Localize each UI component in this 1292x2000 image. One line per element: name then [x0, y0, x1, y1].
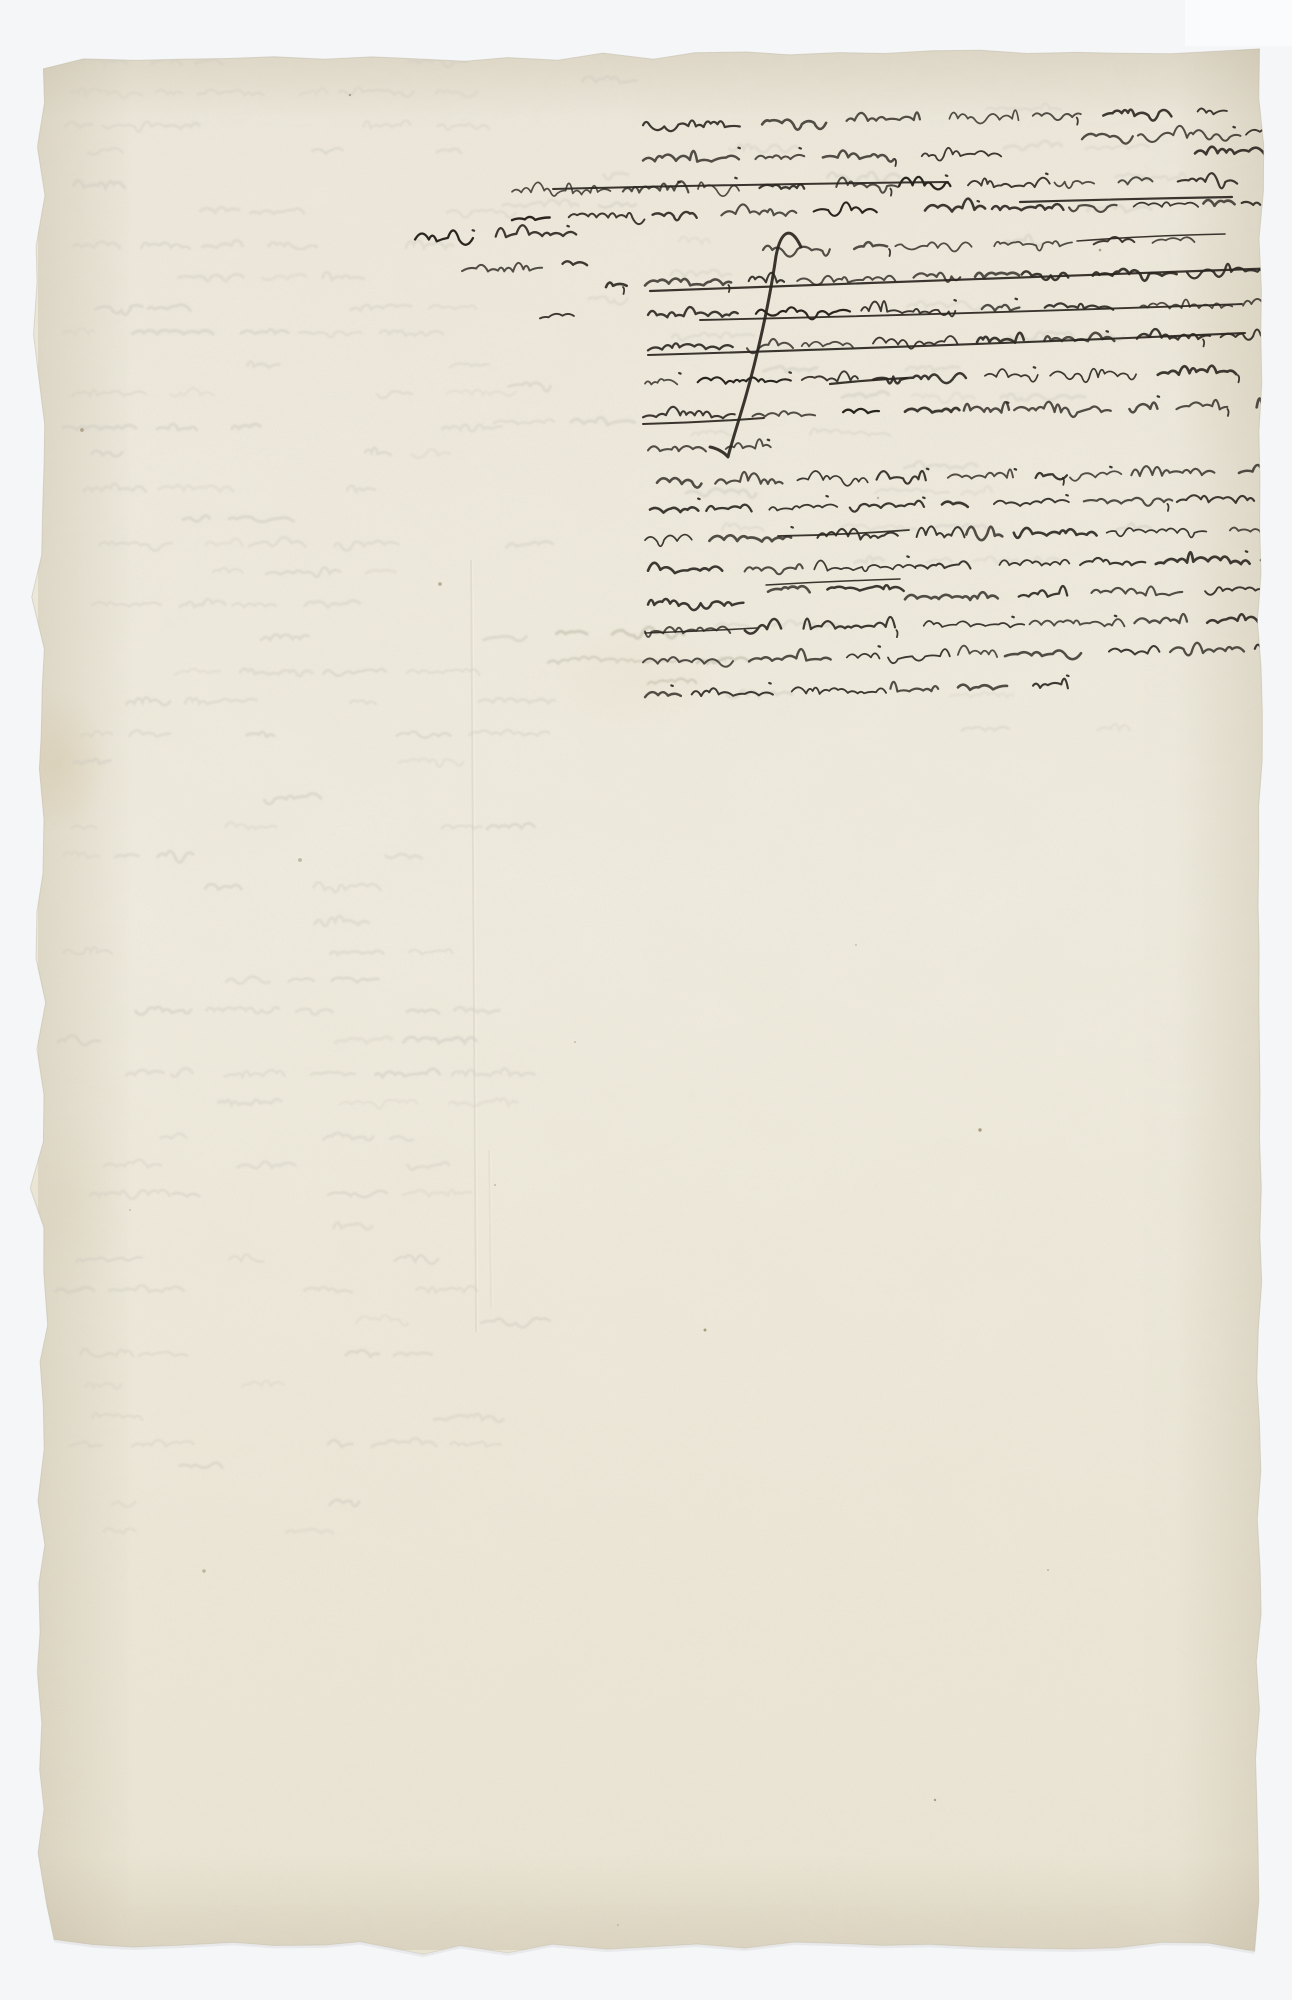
paper-speck [202, 1569, 206, 1573]
handwriting-dot [1115, 616, 1117, 617]
manuscript-scan-image: Handwritten manuscript leaf (archival sc… [0, 0, 1292, 2000]
handwriting-dot [1107, 331, 1109, 332]
paper-speck [574, 1041, 576, 1043]
paper-speck [934, 1799, 936, 1801]
handwriting-dot [789, 372, 791, 373]
handwriting-dot [473, 230, 475, 231]
handwriting-dot [671, 685, 673, 686]
handwriting-dot [946, 175, 948, 176]
paper-speck [1099, 249, 1102, 252]
edge-shade-left [38, 48, 133, 1952]
handwriting-dot [1016, 299, 1018, 300]
edge-shade-top [38, 46, 1263, 118]
handwriting-dot [923, 498, 925, 499]
handwriting-dot [769, 683, 771, 684]
handwriting-word [1261, 558, 1292, 566]
handwriting-dot [679, 373, 681, 374]
handwriting-dot [799, 148, 801, 149]
handwriting-dot [1007, 402, 1009, 403]
paper-stain [1165, 210, 1285, 450]
paper-speck [855, 944, 857, 946]
handwriting-dot [927, 469, 929, 470]
paper-stain [550, 625, 730, 735]
handwriting-dot [768, 440, 770, 441]
paper-speck [494, 1184, 496, 1186]
paper-stain [15, 1110, 125, 1300]
handwriting-word [1255, 645, 1292, 651]
handwriting-dot [826, 496, 828, 497]
handwriting-dot [567, 226, 569, 227]
handwriting-dot [1066, 495, 1068, 496]
handwriting-dot [1034, 367, 1036, 368]
paper-speck [129, 1209, 131, 1211]
paper-speck [1047, 1569, 1049, 1571]
edge-shade-bottom [38, 1855, 1263, 1950]
handwriting-dot [879, 646, 881, 647]
handwriting-dot [738, 148, 740, 149]
paper-speck [617, 1924, 619, 1926]
handwriting-dot [1015, 469, 1017, 470]
handwriting-dot [1067, 676, 1069, 677]
handwriting-dot [978, 201, 980, 202]
paper-speck [349, 94, 351, 96]
handwriting-dot [678, 182, 680, 183]
handwriting-dot [735, 178, 737, 179]
paper-speck [438, 582, 442, 586]
paper-surface [0, 0, 1292, 2000]
handwriting-dot [1110, 467, 1112, 468]
handwriting-dot [1012, 617, 1014, 618]
scanner-bed-highlight [1185, 0, 1292, 46]
paper-speck [1264, 844, 1267, 847]
handwriting-dot [1246, 551, 1248, 552]
handwriting-word [1282, 495, 1292, 501]
handwriting-dot [1046, 174, 1048, 175]
handwriting-dot [1158, 396, 1160, 397]
paper-texture-grain [0, 0, 1292, 2000]
paper-speck [298, 858, 302, 862]
handwriting-word [1257, 399, 1292, 413]
handwriting-dot [954, 300, 956, 301]
paper-speck [704, 1329, 707, 1332]
paper-speck [877, 497, 879, 499]
paper-speck [978, 1128, 981, 1131]
paper-speck [80, 428, 84, 432]
manuscript-scan: Handwritten manuscript leaf (archival sc… [0, 0, 1292, 2000]
handwriting-dot [907, 556, 909, 557]
handwriting-dot [698, 499, 700, 500]
handwriting-dot [1233, 127, 1235, 128]
handwriting-dot [791, 527, 793, 528]
